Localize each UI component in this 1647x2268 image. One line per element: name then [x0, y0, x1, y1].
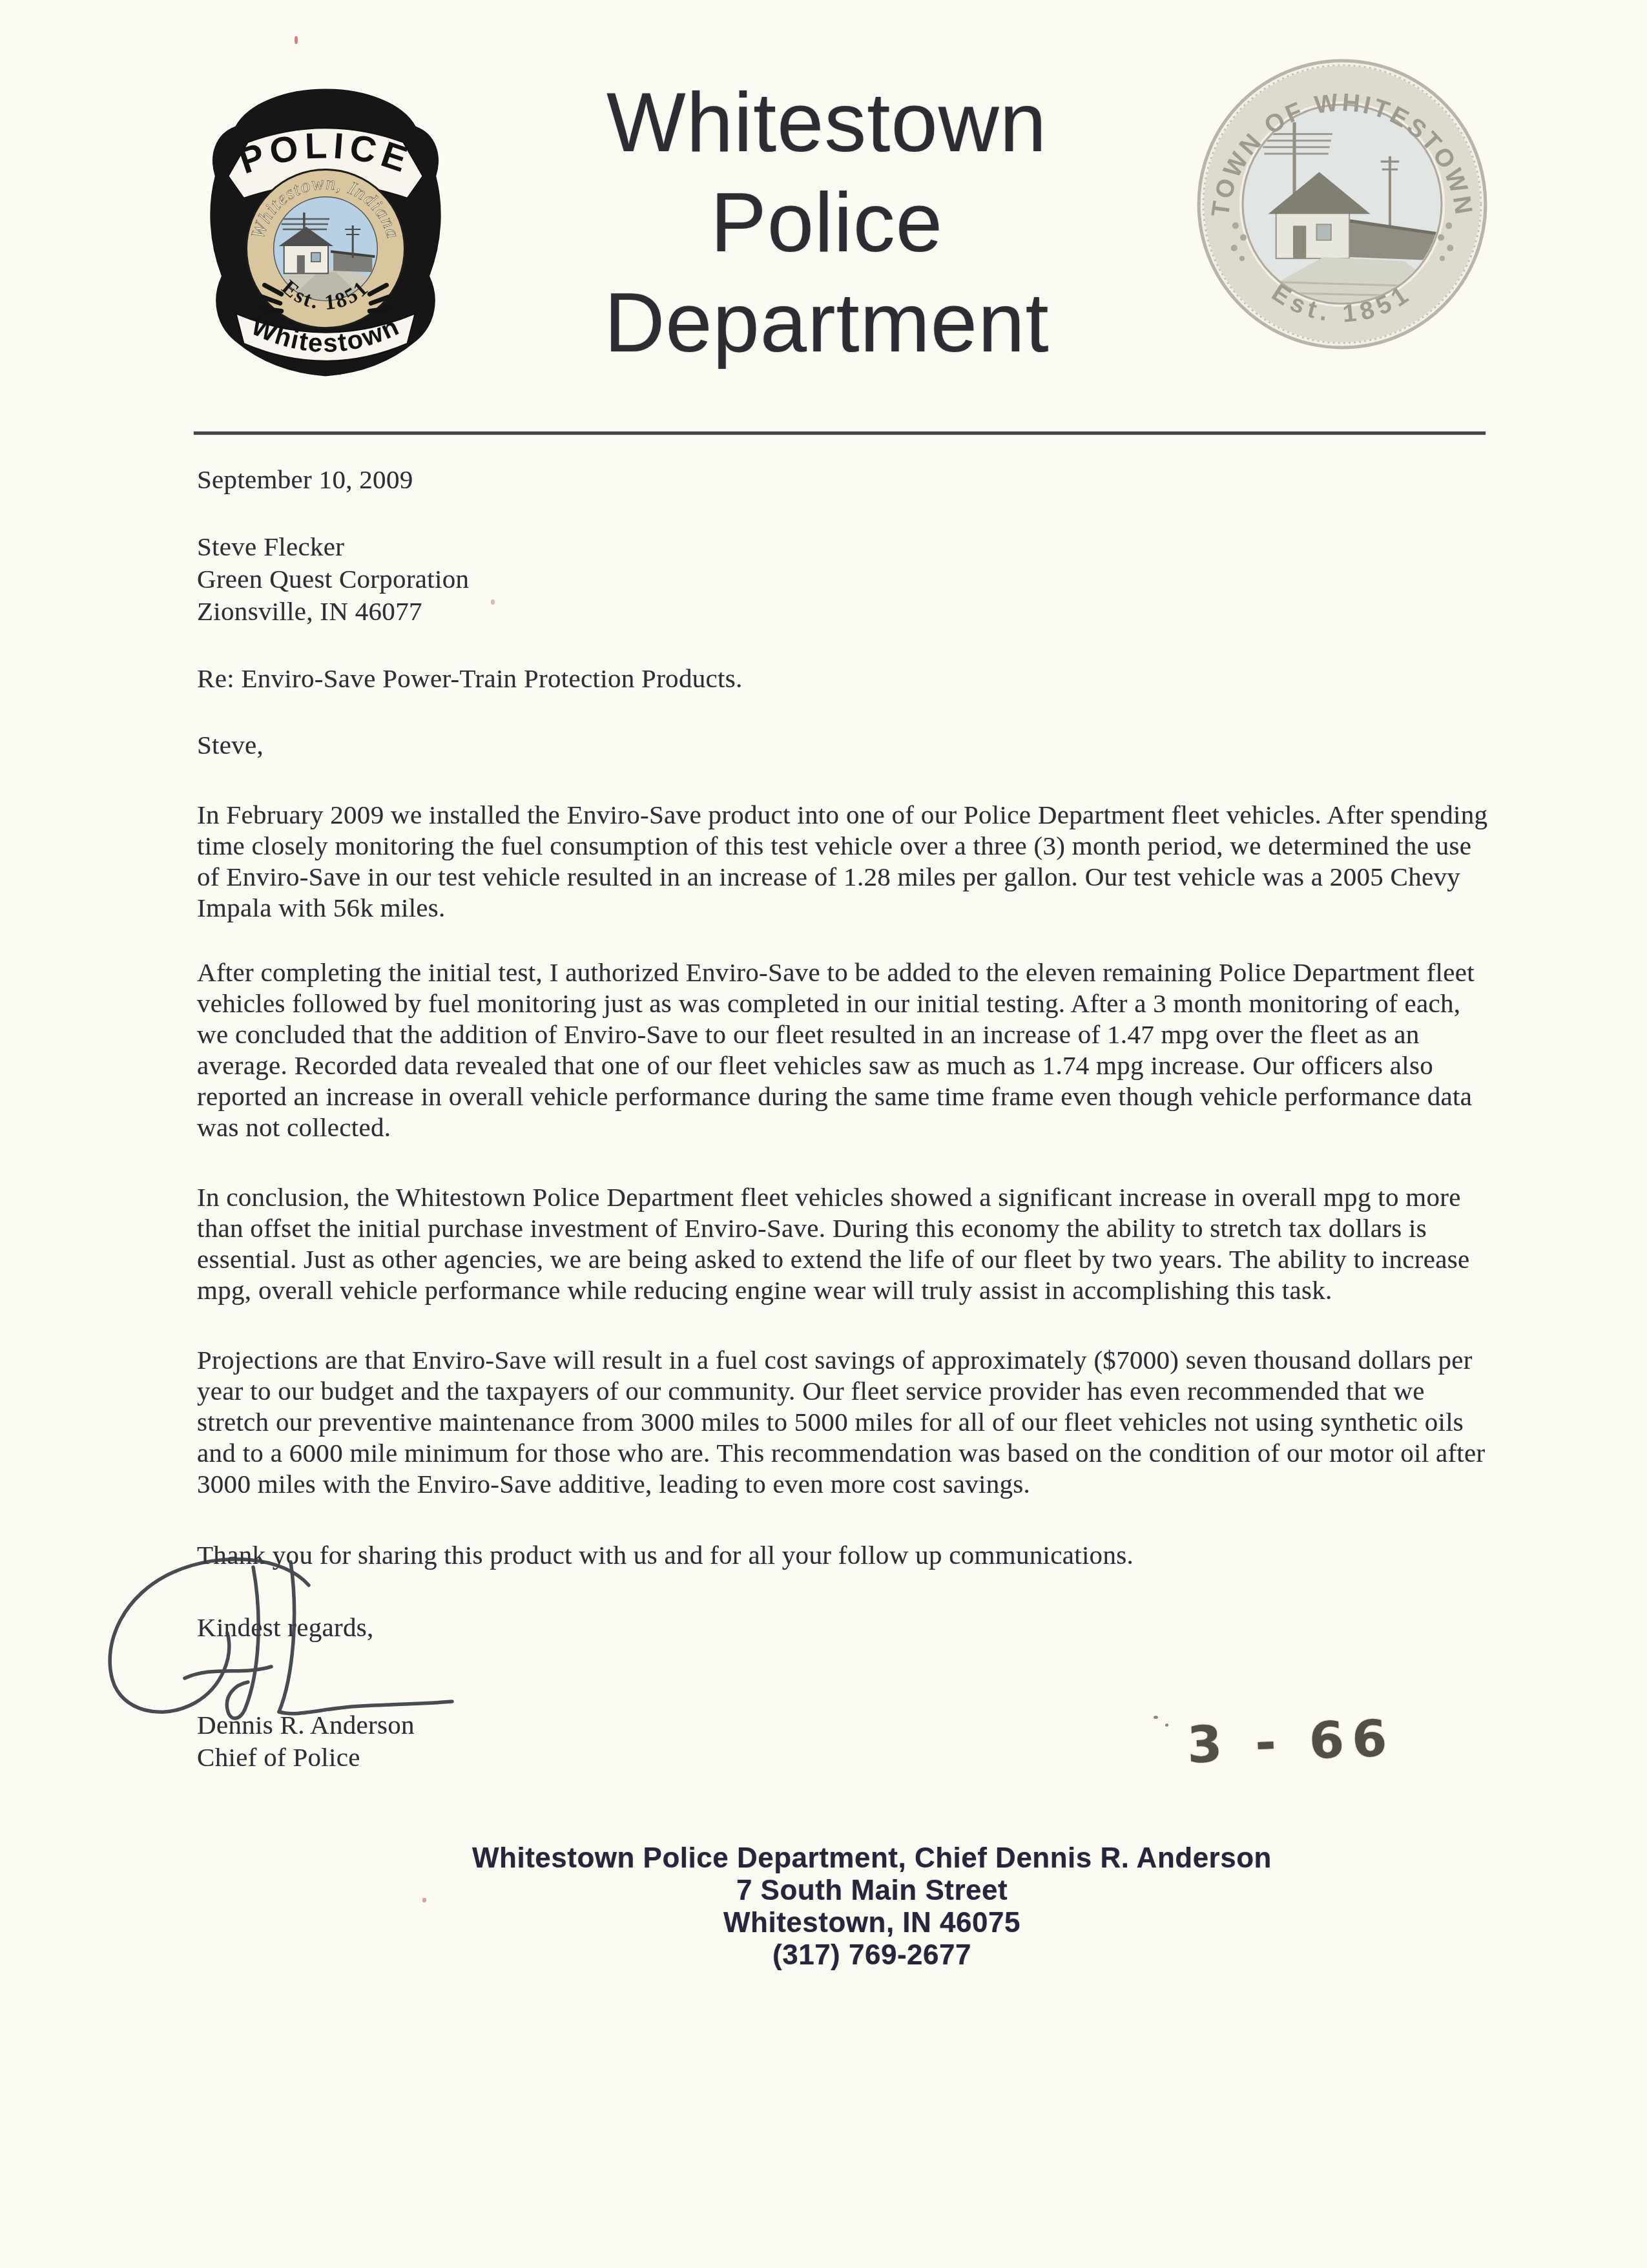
- stamp-ink-dot: [1154, 1716, 1158, 1719]
- title-line-2: Police: [413, 172, 1240, 273]
- date-line: September 10, 2009: [197, 464, 1498, 495]
- footer-line-2: 7 South Main Street: [178, 1875, 1566, 1907]
- paragraph-1: In February 2009 we installed the Enviro…: [197, 799, 1498, 923]
- scan-artifact: [295, 36, 298, 44]
- scanned-letter-page: POLICE Whitestown,: [0, 0, 1647, 2268]
- signature-image: [87, 1545, 507, 1739]
- scan-artifact: [491, 599, 495, 605]
- footer-line-3: Whitestown, IN 46075: [178, 1907, 1566, 1939]
- scan-artifact: [422, 1898, 426, 1902]
- letterhead-divider: [194, 432, 1486, 435]
- stamp-ink-dot: [1165, 1723, 1168, 1727]
- police-badge-logo: POLICE Whitestown,: [202, 79, 450, 384]
- recipient-block: Steve Flecker Green Quest Corporation Zi…: [197, 530, 1498, 627]
- filing-stamp: 3 - 66: [1186, 1709, 1396, 1774]
- footer: Whitestown Police Department, Chief Denn…: [178, 1842, 1566, 1971]
- recipient-city: Zionsville, IN 46077: [197, 595, 1498, 627]
- subject-line: Re: Enviro-Save Power-Train Protection P…: [197, 663, 1498, 694]
- paragraph-3: In conclusion, the Whitestown Police Dep…: [197, 1181, 1498, 1306]
- paragraph-2: After completing the initial test, I aut…: [197, 957, 1498, 1143]
- letterhead-title: Whitestown Police Department: [413, 72, 1240, 373]
- title-line-3: Department: [413, 273, 1240, 373]
- recipient-name: Steve Flecker: [197, 530, 1498, 563]
- recipient-company: Green Quest Corporation: [197, 563, 1498, 595]
- town-seal-logo: TOWN OF WHITESTOWN Est. 1851: [1195, 57, 1489, 351]
- paragraph-4: Projections are that Enviro-Save will re…: [197, 1344, 1498, 1499]
- footer-line-1: Whitestown Police Department, Chief Denn…: [178, 1842, 1566, 1875]
- salutation: Steve,: [197, 729, 1498, 760]
- title-line-1: Whitestown: [413, 72, 1240, 172]
- footer-line-4: (317) 769-2677: [178, 1939, 1566, 1971]
